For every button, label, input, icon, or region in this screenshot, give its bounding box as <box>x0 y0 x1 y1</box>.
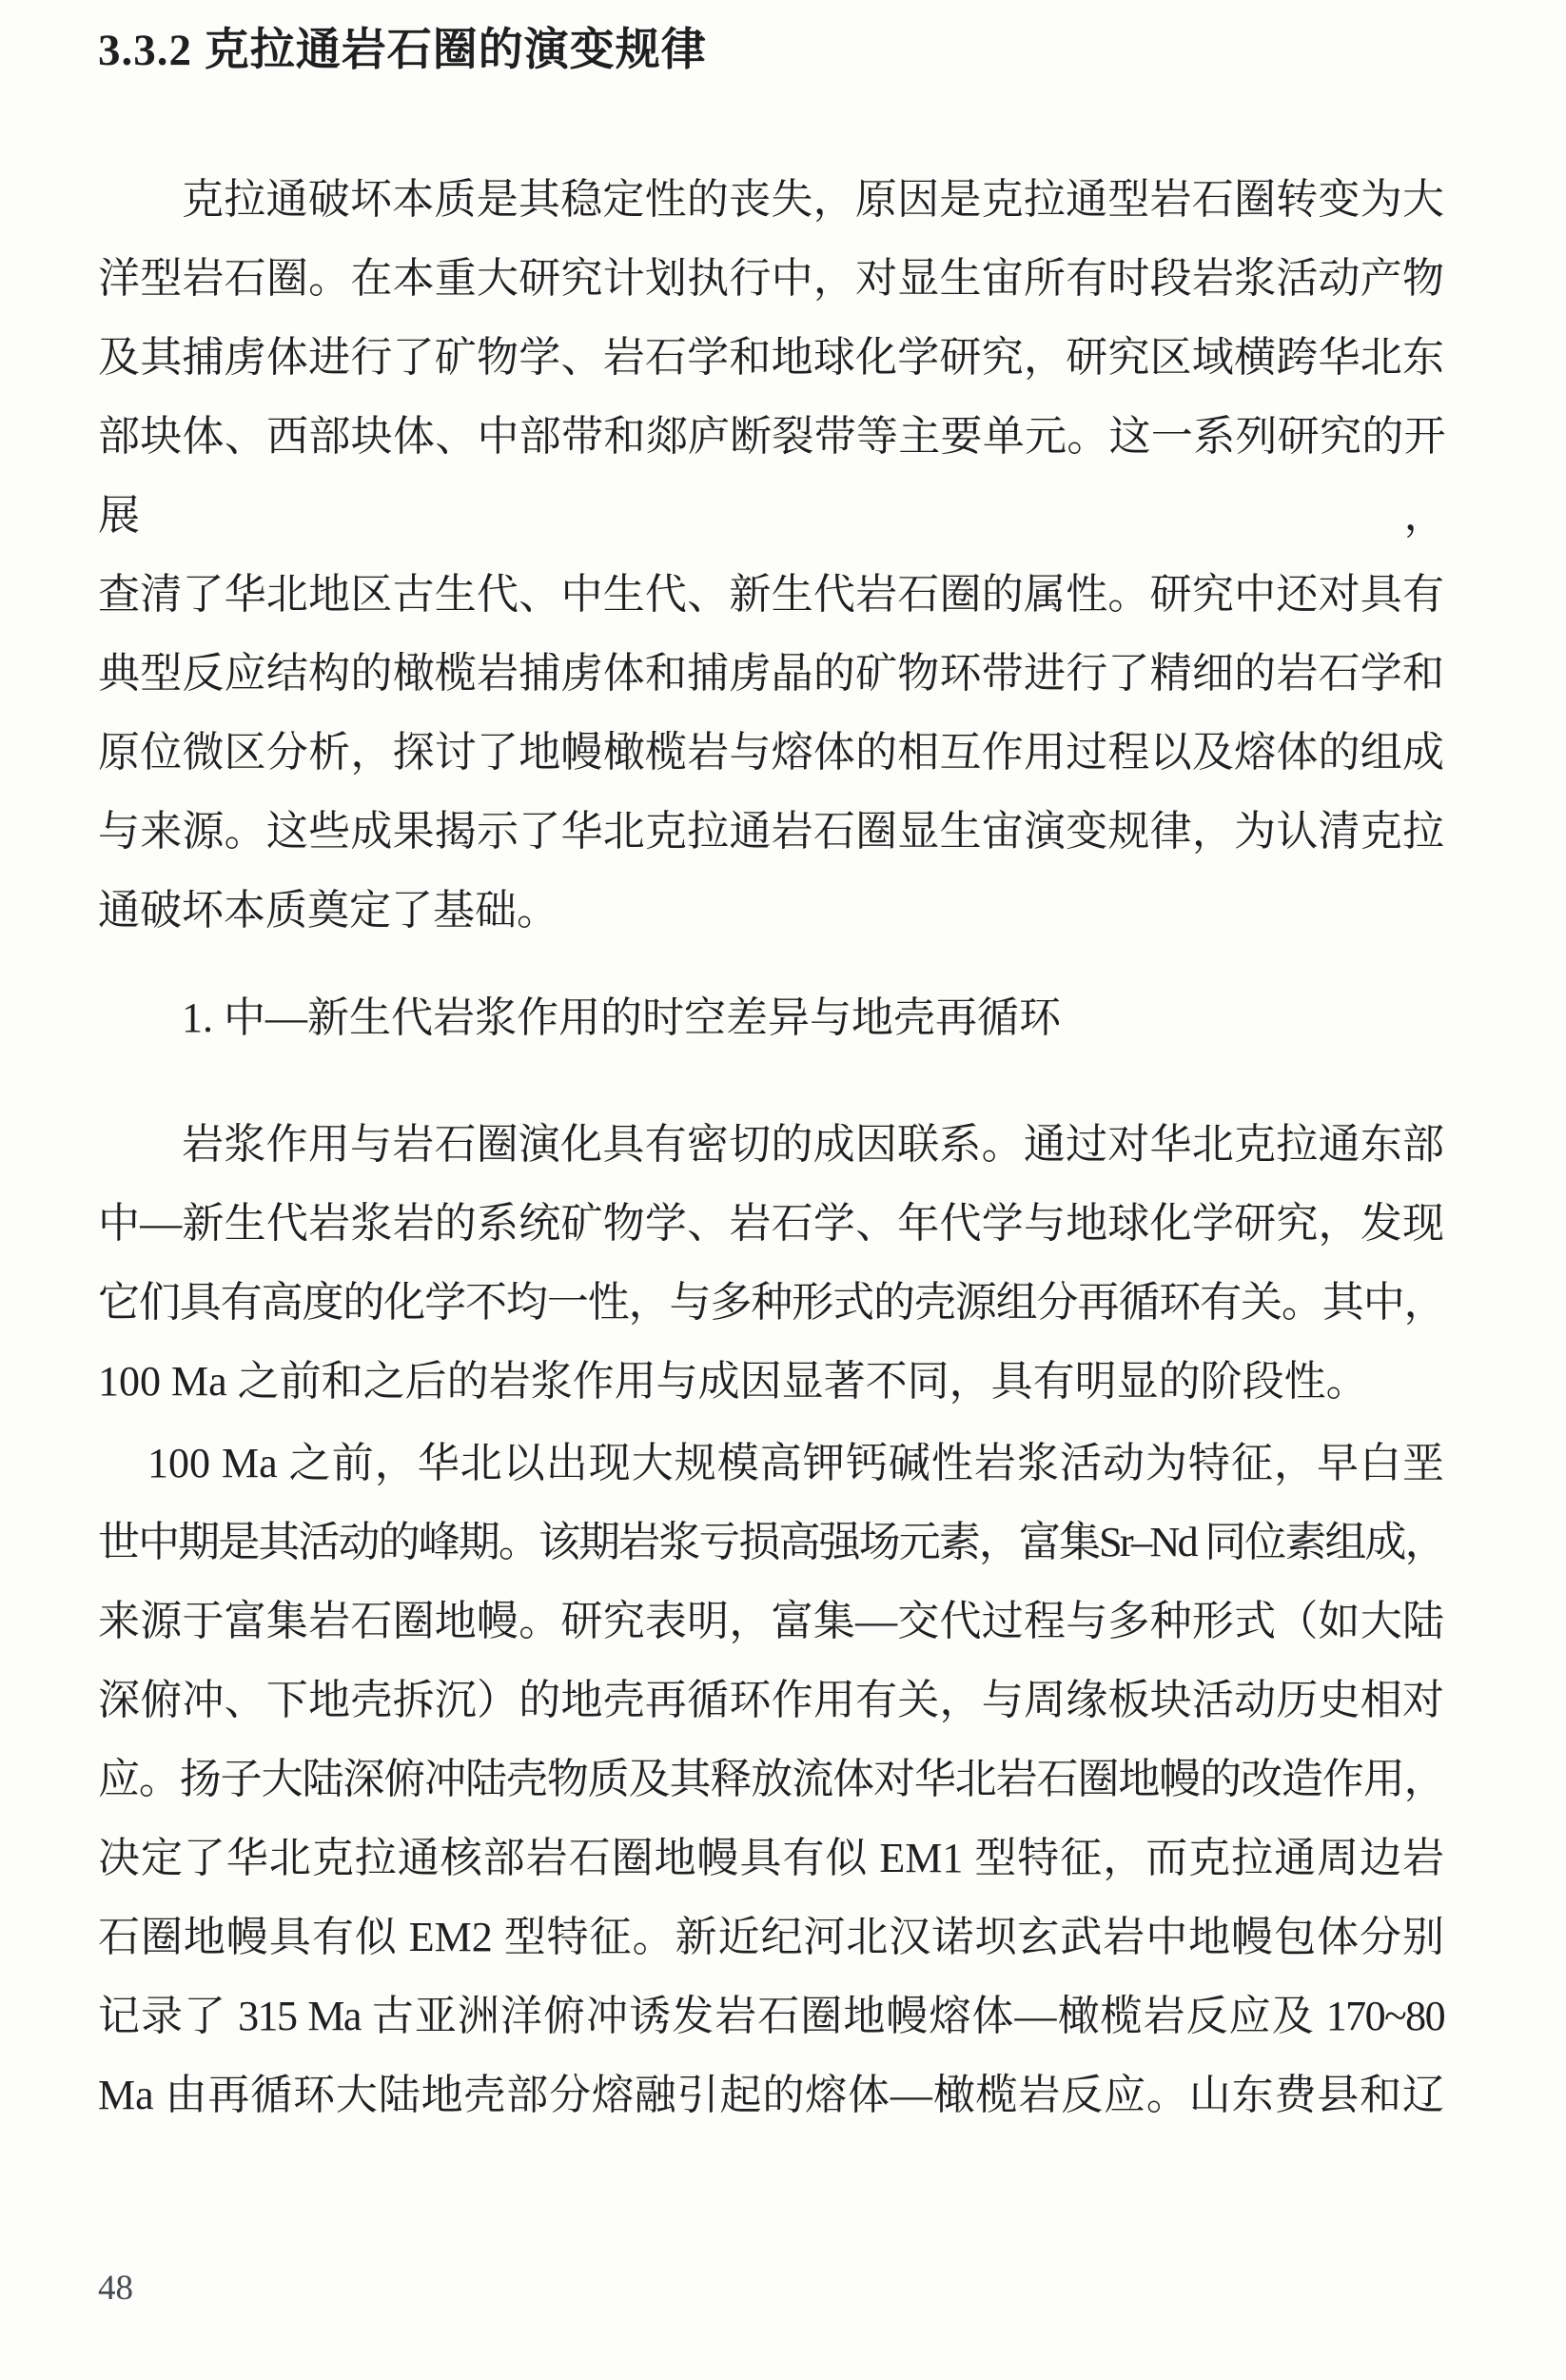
text-line: 与来源。这些成果揭示了华北克拉通岩石圈显生宙演变规律，为认清克拉 <box>98 792 1444 871</box>
page-number: 48 <box>98 2268 1566 2310</box>
text-line: 通破坏本质奠定了基础。 <box>98 871 1444 950</box>
text-line: 及其捕虏体进行了矿物学、岩石学和地球化学研究，研究区域横跨华北东 <box>98 318 1444 397</box>
text-line: 应。扬子大陆深俯冲陆壳物质及其释放流体对华北岩石圈地幔的改造作用， <box>98 1740 1444 1819</box>
text-line: 石圈地幔具有似 EM2 型特征。新近纪河北汉诺坝玄武岩中地幔包体分别 <box>98 1898 1444 1977</box>
paragraph-3: 100 Ma 之前，华北以出现大规模高钾钙碱性岩浆活动为特征，早白垩 世中期是其… <box>98 1424 1566 2134</box>
text-line: 深俯冲、下地壳拆沉）的地壳再循环作用有关，与周缘板块活动历史相对 <box>98 1661 1444 1740</box>
paragraph-1: 克拉通破坏本质是其稳定性的丧失，原因是克拉通型岩石圈转变为大 洋型岩石圈。在本重… <box>98 160 1566 950</box>
text-line: 典型反应结构的橄榄岩捕虏体和捕虏晶的矿物环带进行了精细的岩石学和 <box>98 634 1444 713</box>
text-line: 查清了华北地区古生代、中生代、新生代岩石圈的属性。研究中还对具有 <box>98 555 1444 634</box>
section-heading: 3.3.2 克拉通岩石圈的演变规律 <box>98 25 1566 76</box>
paragraph-2: 岩浆作用与岩石圈演化具有密切的成因联系。通过对华北克拉通东部 中—新生代岩浆岩的… <box>98 1105 1566 1421</box>
text-line: 它们具有高度的化学不均一性，与多种形式的壳源组分再循环有关。其中， <box>98 1263 1444 1342</box>
subsection-heading: 1. 中—新生代岩浆作用的时空差异与地壳再循环 <box>98 978 1444 1057</box>
text-line: Ma 由再循环大陆地壳部分熔融引起的熔体—橄榄岩反应。山东费县和辽 <box>98 2055 1444 2134</box>
text-line: 100 Ma 之前，华北以出现大规模高钾钙碱性岩浆活动为特征，早白垩 <box>98 1424 1444 1503</box>
text-line: 洋型岩石圈。在本重大研究计划执行中，对显生宙所有时段岩浆活动产物 <box>98 239 1444 318</box>
text-line: 世中期是其活动的峰期。该期岩浆亏损高强场元素，富集Sr–Nd 同位素组成， <box>98 1503 1444 1582</box>
text-line: 岩浆作用与岩石圈演化具有密切的成因联系。通过对华北克拉通东部 <box>98 1105 1444 1184</box>
text-line: 100 Ma 之前和之后的岩浆作用与成因显著不同，具有明显的阶段性。 <box>98 1342 1444 1421</box>
text-line: 部块体、西部块体、中部带和郯庐断裂带等主要单元。这一系列研究的开展， <box>98 397 1444 555</box>
document-page: 3.3.2 克拉通岩石圈的演变规律 克拉通破坏本质是其稳定性的丧失，原因是克拉通… <box>0 0 1566 2380</box>
text-line: 中—新生代岩浆岩的系统矿物学、岩石学、年代学与地球化学研究，发现 <box>98 1184 1444 1263</box>
text-line: 决定了华北克拉通核部岩石圈地幔具有似 EM1 型特征，而克拉通周边岩 <box>98 1819 1444 1898</box>
text-line: 原位微区分析，探讨了地幔橄榄岩与熔体的相互作用过程以及熔体的组成 <box>98 713 1444 792</box>
text-line: 来源于富集岩石圈地幔。研究表明，富集—交代过程与多种形式（如大陆 <box>98 1582 1444 1661</box>
text-line: 克拉通破坏本质是其稳定性的丧失，原因是克拉通型岩石圈转变为大 <box>98 160 1444 239</box>
text-line: 记录了 315 Ma 古亚洲洋俯冲诱发岩石圈地幔熔体—橄榄岩反应及 170~80 <box>98 1977 1444 2055</box>
